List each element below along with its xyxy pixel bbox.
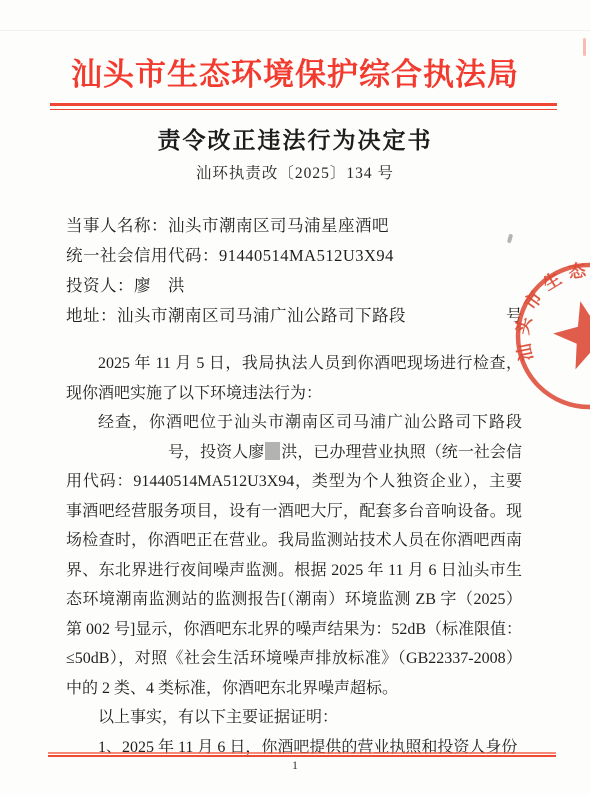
document-number: 汕环执责改〔2025〕134 号 — [0, 161, 590, 183]
party-info-block: 当事人名称：汕头市潮南区司马浦星座酒吧 统一社会信用代码：91440514MA5… — [66, 211, 526, 331]
body-line: 态环境潮南监测站的监测报告[（潮南）环境监测 ZB 字（2025） — [66, 585, 522, 615]
body-line: 第 002 号]显示，你酒吧东北界的噪声结果为：52dB（标准限值： — [66, 615, 522, 645]
body-line: 以上事实，有以下主要证据证明： — [66, 703, 522, 733]
page-number: 1 — [0, 758, 590, 773]
letterhead-rule-thick — [50, 103, 557, 106]
document-page: 汕头市生态环境保护综合执法局 责令改正违法行为决定书 汕环执责改〔2025〕13… — [0, 0, 590, 795]
seal-star-icon — [547, 293, 590, 373]
footer-rule-thin — [48, 752, 556, 754]
body-text: 2025 年 11 月 5 日，我局执法人员到你酒吧现场进行检查，发 现你酒吧实… — [66, 349, 522, 762]
seal-ring — [518, 265, 590, 407]
investor-line: 投资人：廖 洪 — [66, 271, 526, 301]
body-line-pre: 号，投资人廖 — [168, 444, 264, 461]
credit-code-line: 统一社会信用代码：91440514MA512U3X94 — [66, 241, 526, 271]
letterhead-rule-thin — [50, 109, 557, 110]
address-number-suffix: 号 — [506, 301, 523, 331]
body-line-redacted: 号，投资人廖洪，已办理营业执照（统一社会信 — [66, 438, 522, 468]
address-text: 地址：汕头市潮南区司马浦广汕公路司下路段 — [66, 306, 406, 325]
document-title: 责令改正违法行为决定书 — [0, 122, 590, 155]
body-line: 事酒吧经营服务项目，设有一酒吧大厅，配套多台音响设备。现 — [66, 497, 522, 527]
agency-letterhead: 汕头市生态环境保护综合执法局 — [0, 49, 590, 94]
footer-rule-thick — [48, 755, 556, 757]
letterhead-rule — [50, 103, 557, 110]
body-line: 中的 2 类、4 类标准，你酒吧东北界噪声超标。 — [66, 674, 522, 704]
redaction-box — [265, 442, 280, 460]
body-line: 用代码：91440514MA512U3X94，类型为个人独资企业），主要从 — [66, 467, 522, 497]
body-line-post: 洪，已办理营业执照（统一社会信 — [281, 444, 522, 461]
body-line: 2025 年 11 月 5 日，我局执法人员到你酒吧现场进行检查，发 — [66, 349, 522, 379]
body-line: 界、东北界进行夜间噪声监测。根据 2025 年 11 月 6 日汕头市生 — [66, 556, 522, 586]
scan-artifact-line — [0, 30, 590, 31]
body-line: 场检查时，你酒吧正在营业。我局监测站技术人员在你酒吧西南 — [66, 526, 522, 556]
body-line: 现你酒吧实施了以下环境违法行为： — [66, 379, 522, 409]
footer-rule — [48, 752, 556, 757]
party-name-line: 当事人名称：汕头市潮南区司马浦星座酒吧 — [66, 211, 526, 241]
address-line: 地址：汕头市潮南区司马浦广汕公路司下路段 号 — [66, 301, 526, 331]
body-line: ≤50dB），对照《社会生活环境噪声排放标准》（GB22337-2008） — [66, 644, 522, 674]
body-line: 经查，你酒吧位于汕头市潮南区司马浦广汕公路司下路段 — [66, 408, 522, 438]
